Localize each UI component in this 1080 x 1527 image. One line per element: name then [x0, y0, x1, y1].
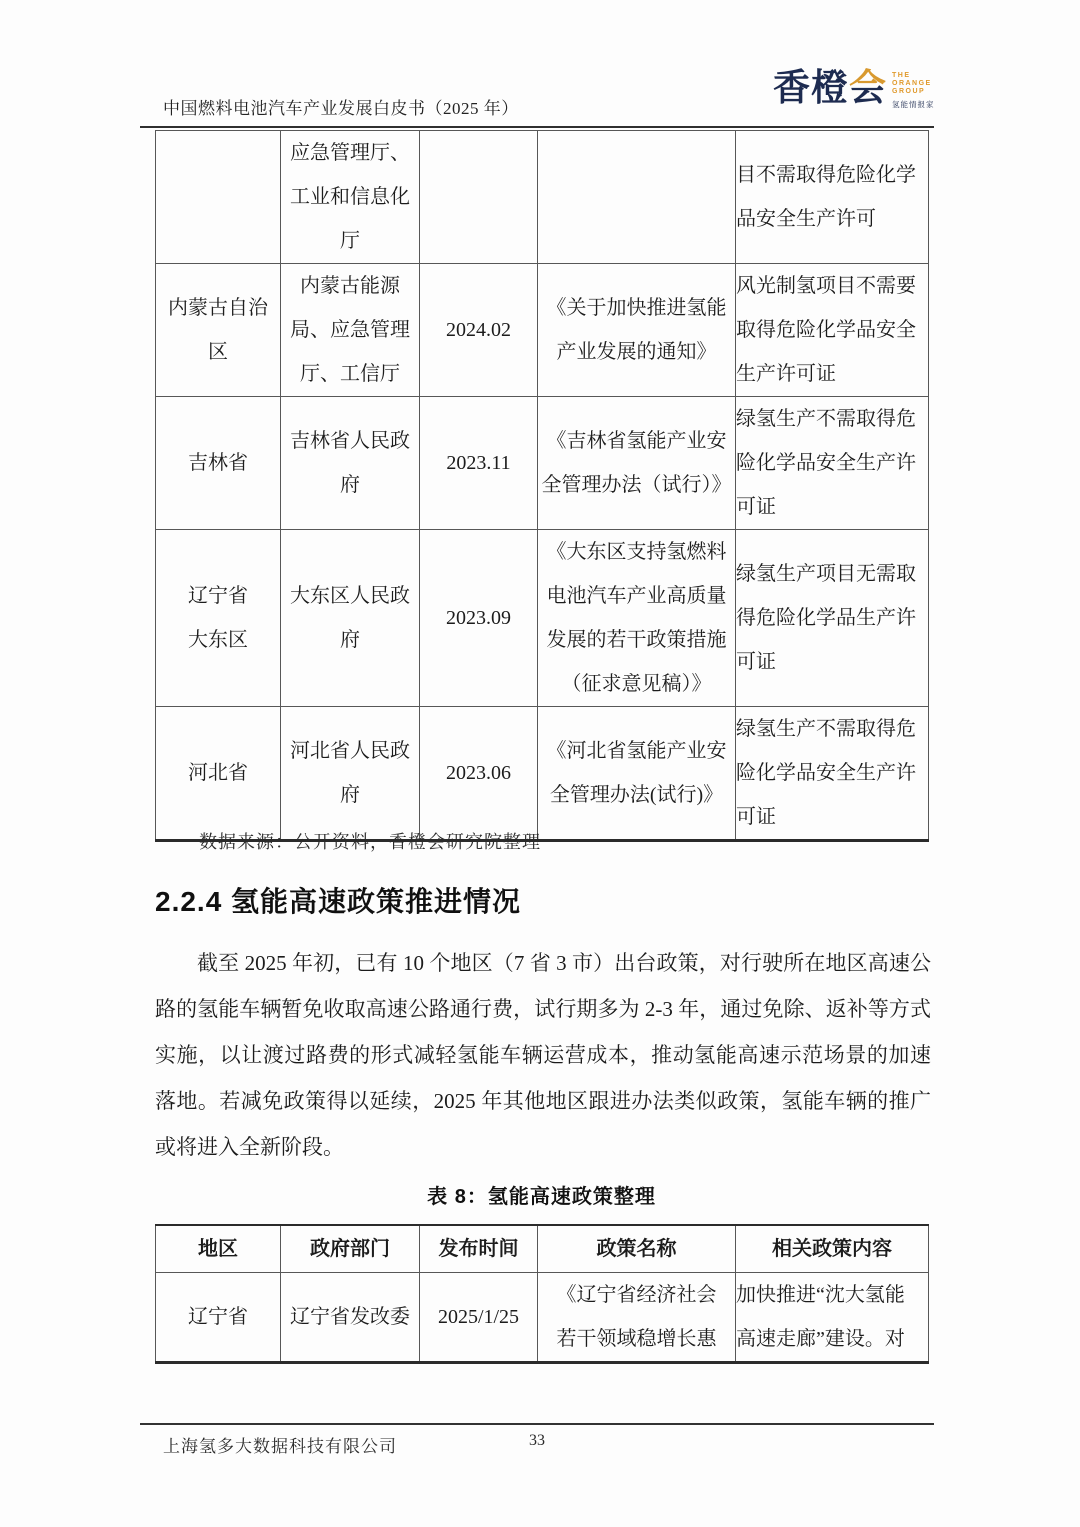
date-cell	[420, 131, 538, 264]
department-cell: 应急管理厅、 工业和信息化 厅	[281, 131, 420, 264]
department-cell: 吉林省人民政 府	[281, 397, 420, 530]
region-cell: 辽宁省 大东区	[156, 530, 281, 707]
date-cell: 2024.02	[420, 264, 538, 397]
department-cell: 辽宁省发改委	[281, 1272, 420, 1362]
policy-cell: 《河北省氢能产业安 全管理办法(试行)》	[538, 707, 736, 841]
region-cell: 河北省	[156, 707, 281, 841]
region-cell: 吉林省	[156, 397, 281, 530]
content-cell: 目不需取得危险化学 品安全生产许可	[736, 131, 929, 264]
table-row: 内蒙古自治 区 内蒙古能源 局、应急管理 厅、工信厅 2024.02 《关于加快…	[156, 264, 929, 397]
page-number: 33	[140, 1432, 934, 1450]
logo-wordmark: 香 橙 会	[773, 66, 887, 110]
content-cell: 绿氢生产项目无需取 得危险化学品生产许 可证	[736, 530, 929, 707]
department-cell: 内蒙古能源 局、应急管理 厅、工信厅	[281, 264, 420, 397]
document-page: 中国燃料电池汽车产业发展白皮书（2025 年） 香 橙 会 THE ORANGE…	[0, 0, 1080, 1527]
column-header-policy: 政策名称	[538, 1225, 736, 1272]
column-header-date: 发布时间	[420, 1225, 538, 1272]
header-divider	[140, 126, 934, 128]
policy-table-continued: 应急管理厅、 工业和信息化 厅 目不需取得危险化学 品安全生产许可 内蒙古自治 …	[155, 130, 929, 842]
logo-en-line3: GROUP	[892, 88, 935, 96]
date-cell: 2023.06	[420, 707, 538, 841]
section-heading: 2.2.4 氢能高速政策推进情况	[155, 880, 521, 920]
table-row: 辽宁省 大东区 大东区人民政 府 2023.09 《大东区支持氢燃料 电池汽车产…	[156, 530, 929, 707]
orange-group-logo: 香 橙 会 THE ORANGE GROUP 氢能情报家	[773, 66, 935, 110]
content-cell: 风光制氢项目不需要 取得危险化学品安全 生产许可证	[736, 264, 929, 397]
department-cell: 大东区人民政 府	[281, 530, 420, 707]
content-cell: 绿氢生产不需取得危 险化学品安全生产许 可证	[736, 707, 929, 841]
date-cell: 2023.11	[420, 397, 538, 530]
table-row: 辽宁省 辽宁省发改委 2025/1/25 《辽宁省经济社会 若干领域稳增长惠 加…	[156, 1272, 929, 1362]
body-paragraph: 截至 2025 年初，已有 10 个地区（7 省 3 市）出台政策，对行驶所在地…	[155, 940, 931, 1170]
region-cell	[156, 131, 281, 264]
content-cell: 绿氢生产不需取得危 险化学品安全生产许 可证	[736, 397, 929, 530]
policy-cell: 《大东区支持氢燃料 电池汽车产业高质量 发展的若干政策措施 （征求意见稿）》	[538, 530, 736, 707]
department-cell: 河北省人民政 府	[281, 707, 420, 841]
logo-en-line2: ORANGE	[892, 80, 935, 88]
column-header-content: 相关政策内容	[736, 1225, 929, 1272]
logo-char-hui-icon: 会	[849, 66, 887, 110]
region-cell: 内蒙古自治 区	[156, 264, 281, 397]
logo-en-line1: THE	[892, 72, 935, 80]
column-header-department: 政府部门	[281, 1225, 420, 1272]
date-cell: 2025/1/25	[420, 1272, 538, 1362]
page-header-title: 中国燃料电池汽车产业发展白皮书（2025 年）	[163, 94, 519, 119]
table8-caption: 表 8：氢能高速政策整理	[155, 1180, 928, 1209]
footer-divider	[140, 1423, 934, 1425]
table-row: 应急管理厅、 工业和信息化 厅 目不需取得危险化学 品安全生产许可	[156, 131, 929, 264]
logo-char-xiang: 香	[773, 66, 811, 110]
date-cell: 2023.09	[420, 530, 538, 707]
policy-cell: 《吉林省氢能产业安 全管理办法（试行）》	[538, 397, 736, 530]
logo-side-text: THE ORANGE GROUP 氢能情报家	[892, 72, 935, 110]
policy-cell: 《关于加快推进氢能 产业发展的通知》	[538, 264, 736, 397]
table-row: 吉林省 吉林省人民政 府 2023.11 《吉林省氢能产业安 全管理办法（试行）…	[156, 397, 929, 530]
content-cell: 加快推进“沈大氢能 高速走廊”建设。对	[736, 1272, 929, 1362]
policy-cell	[538, 131, 736, 264]
region-cell: 辽宁省	[156, 1272, 281, 1362]
table-header-row: 地区 政府部门 发布时间 政策名称 相关政策内容	[156, 1225, 929, 1272]
column-header-region: 地区	[156, 1225, 281, 1272]
policy-cell: 《辽宁省经济社会 若干领域稳增长惠	[538, 1272, 736, 1362]
logo-tagline: 氢能情报家	[892, 99, 935, 110]
highway-policy-table: 地区 政府部门 发布时间 政策名称 相关政策内容 辽宁省 辽宁省发改委 2025…	[155, 1224, 929, 1364]
logo-char-cheng: 橙	[811, 66, 849, 110]
table-row: 河北省 河北省人民政 府 2023.06 《河北省氢能产业安 全管理办法(试行)…	[156, 707, 929, 841]
data-source-note: 数据来源：公开资料，香橙会研究院整理	[199, 828, 541, 854]
